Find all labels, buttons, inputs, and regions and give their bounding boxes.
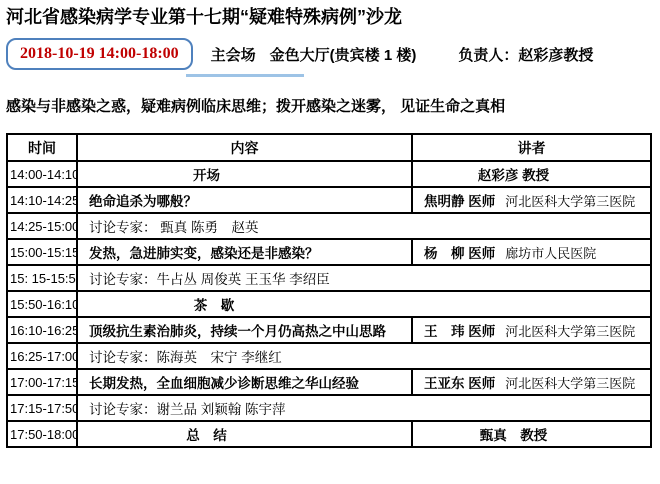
content-cell: 绝命追杀为哪般？: [77, 187, 412, 213]
session-meta-text: 主会场金色大厅(贵宾楼 1 楼)负责人：赵彩彦教授: [211, 44, 594, 65]
speaker-institution: 河北医科大学第三医院: [505, 376, 635, 391]
speaker-name: 赵彩彦 教授: [478, 168, 549, 183]
content-text: 茶 歇: [89, 294, 419, 314]
time-cell: 17:50-18:00: [7, 421, 77, 447]
table-header-row: 时间 内容 讲者: [7, 134, 651, 161]
column-header-time: 时间: [7, 134, 77, 161]
time-cell: 14:10-14:25: [7, 187, 77, 213]
speaker-cell: 杨 柳 医师廊坊市人民医院: [412, 239, 651, 265]
content-cell: 发热，急进肺实变，感染还是非感染？: [77, 239, 412, 265]
content-cell: 讨论专家：陈海英 宋宁 李继红: [77, 343, 651, 369]
speaker-institution: 河北医科大学第三医院: [505, 194, 635, 209]
time-cell: 16:25-17:00: [7, 343, 77, 369]
venue-label: 主会场: [211, 47, 256, 64]
speaker-name: 杨 柳 医师: [424, 246, 495, 261]
content-cell: 讨论专家： 甄真 陈勇 赵英: [77, 213, 651, 239]
time-cell: 14:00-14:10: [7, 161, 77, 187]
speaker-name: 王 玮 医师: [424, 324, 495, 339]
content-cell: 总 结: [77, 421, 412, 447]
time-cell: 15:50-16:10: [7, 291, 77, 317]
table-row: 14:10-14:25绝命追杀为哪般？焦明静 医师河北医科大学第三医院: [7, 187, 651, 213]
speaker-institution: 廊坊市人民医院: [505, 246, 596, 261]
content-cell: 顶级抗生素治肺炎，持续一个月仍高热之中山思路: [77, 317, 412, 343]
column-header-speaker: 讲者: [412, 134, 651, 161]
speaker-name: 甄真 教授: [480, 428, 548, 443]
page-title: 河北省感染病学专业第十七期“疑难特殊病例”沙龙: [6, 6, 652, 28]
content-cell: 讨论专家：谢兰品 刘颖翰 陈宇萍: [77, 395, 651, 421]
time-cell: 15: 15-15:50: [7, 265, 77, 291]
column-header-content: 内容: [77, 134, 412, 161]
table-row: 16:10-16:25顶级抗生素治肺炎，持续一个月仍高热之中山思路王 玮 医师河…: [7, 317, 651, 343]
table-row: 16:25-17:00讨论专家：陈海英 宋宁 李继红: [7, 343, 651, 369]
session-datetime: 2018-10-19 14:00-18:00: [20, 45, 179, 62]
time-cell: 15:00-15:15: [7, 239, 77, 265]
table-row: 17:50-18:00总 结甄真 教授: [7, 421, 651, 447]
table-row: 15: 15-15:50讨论专家：牛占丛 周俊英 王玉华 李绍臣: [7, 265, 651, 291]
content-cell: 长期发热，全血细胞减少诊断思维之华山经验: [77, 369, 412, 395]
organizer-label: 负责人：: [458, 47, 518, 64]
speaker-cell: 甄真 教授: [412, 421, 651, 447]
venue-name: 金色大厅(贵宾楼 1 楼): [270, 47, 417, 64]
table-row: 14:25-15:00讨论专家： 甄真 陈勇 赵英: [7, 213, 651, 239]
date-box: 2018-10-19 14:00-18:00: [6, 38, 193, 70]
time-cell: 17:00-17:15: [7, 369, 77, 395]
table-row: 17:15-17:50讨论专家：谢兰品 刘颖翰 陈宇萍: [7, 395, 651, 421]
organizer-name: 赵彩彦教授: [518, 47, 593, 64]
session-slogan: 感染与非感染之惑，疑难病例临床思维；拨开感染之迷雾， 见证生命之真相: [6, 95, 652, 116]
speaker-cell: 王 玮 医师河北医科大学第三医院: [412, 317, 651, 343]
table-row: 17:00-17:15长期发热，全血细胞减少诊断思维之华山经验王亚东 医师河北医…: [7, 369, 651, 395]
time-cell: 14:25-15:00: [7, 213, 77, 239]
speaker-cell: 焦明静 医师河北医科大学第三医院: [412, 187, 651, 213]
time-cell: 16:10-16:25: [7, 317, 77, 343]
table-row: 15:50-16:10茶 歇: [7, 291, 651, 317]
speaker-cell: 王亚东 医师河北医科大学第三医院: [412, 369, 651, 395]
session-meta-row: 2018-10-19 14:00-18:00 主会场金色大厅(贵宾楼 1 楼)负…: [6, 35, 652, 79]
schedule-body: 14:00-14:10开场赵彩彦 教授14:10-14:25绝命追杀为哪般？焦明…: [7, 161, 651, 447]
content-cell: 茶 歇: [77, 291, 651, 317]
speaker-institution: 河北医科大学第三医院: [505, 324, 635, 339]
table-row: 15:00-15:15发热，急进肺实变，感染还是非感染？杨 柳 医师廊坊市人民医…: [7, 239, 651, 265]
decorative-underline: [186, 74, 304, 77]
schedule-table: 时间 内容 讲者 14:00-14:10开场赵彩彦 教授14:10-14:25绝…: [6, 133, 652, 448]
speaker-cell: 赵彩彦 教授: [412, 161, 651, 187]
document-page: 河北省感染病学专业第十七期“疑难特殊病例”沙龙 2018-10-19 14:00…: [0, 0, 660, 448]
content-cell: 讨论专家：牛占丛 周俊英 王玉华 李绍臣: [77, 265, 651, 291]
speaker-name: 王亚东 医师: [424, 376, 495, 391]
time-cell: 17:15-17:50: [7, 395, 77, 421]
speaker-name: 焦明静 医师: [424, 194, 495, 209]
content-cell: 开场: [77, 161, 412, 187]
table-row: 14:00-14:10开场赵彩彦 教授: [7, 161, 651, 187]
